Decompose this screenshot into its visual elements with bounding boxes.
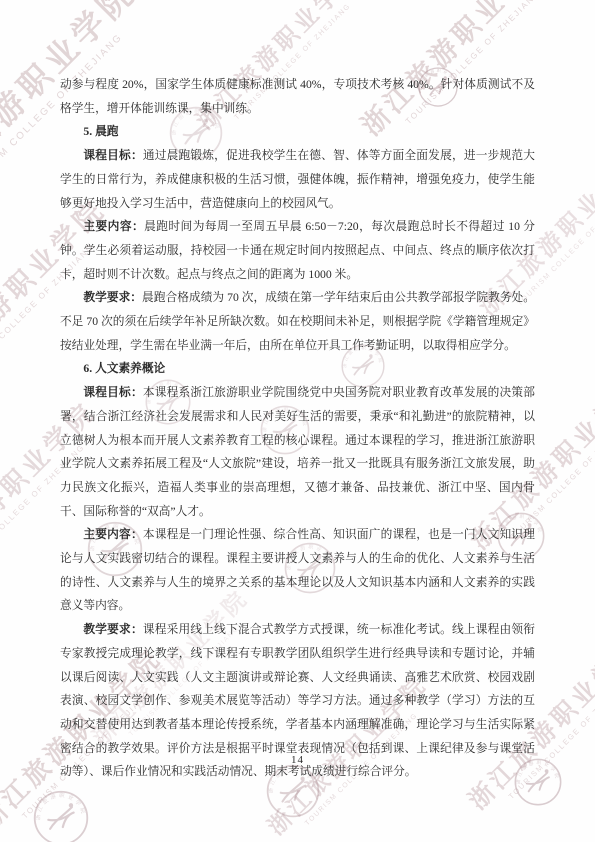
document-page: 浙江旅游职业学院TOURISM COLLEGE OF ZHEJIANG浙江旅游职… <box>0 0 595 842</box>
paragraph: 主要内容：晨跑时间为每周一至周五早晨 6:50－7:20，每次晨跑总时长不得超过… <box>60 215 535 286</box>
paragraph: 课程目标：本课程系浙江旅游职业学院围绕党中央国务院对职业教育改革发展的决策部署，… <box>60 381 535 523</box>
paragraph-lead: 主要内容： <box>83 220 144 233</box>
paragraph-lead: 主要内容： <box>83 528 142 541</box>
page-number: 14 <box>0 754 595 766</box>
paragraph-lead: 课程目标： <box>83 386 142 399</box>
paragraph-lead: 教学要求： <box>83 623 142 636</box>
paragraph-lead: 课程目标： <box>83 149 142 162</box>
college-seal-icon: 浙江旅游职业学院 <box>32 789 90 842</box>
paragraph: 动参与程度 20%，国家学生体质健康标准测试 40%，专项技术考核 40%。针对… <box>60 73 535 120</box>
section-heading: 5. 晨跑 <box>60 120 535 144</box>
paragraph: 教学要求：晨跑合格成绩为 70 次，成绩在第一学年结束后由公共教学部报学院教务处… <box>60 286 535 357</box>
paragraph: 课程目标：通过晨跑锻炼，促进我校学生在德、智、体等方面全面发展，进一步规范大学生… <box>60 144 535 215</box>
paragraph: 主要内容：本课程是一门理论性强、综合性高、知识面广的课程，也是一门人文知识理论与… <box>60 523 535 618</box>
svg-text:浙江旅游职业学院: 浙江旅游职业学院 <box>34 791 89 821</box>
paragraph-text: 本课程系浙江旅游职业学院围绕党中央国务院对职业教育改革发展的决策部署，结合浙江经… <box>60 386 535 518</box>
body-text: 动参与程度 20%，国家学生体质健康标准测试 40%，专项技术考核 40%。针对… <box>60 73 535 784</box>
section-heading: 6. 人文素养概论 <box>60 357 535 381</box>
paragraph-lead: 教学要求： <box>83 291 142 304</box>
paragraph-text: 动参与程度 20%，国家学生体质健康标准测试 40%，专项技术考核 40%。针对… <box>60 78 535 115</box>
